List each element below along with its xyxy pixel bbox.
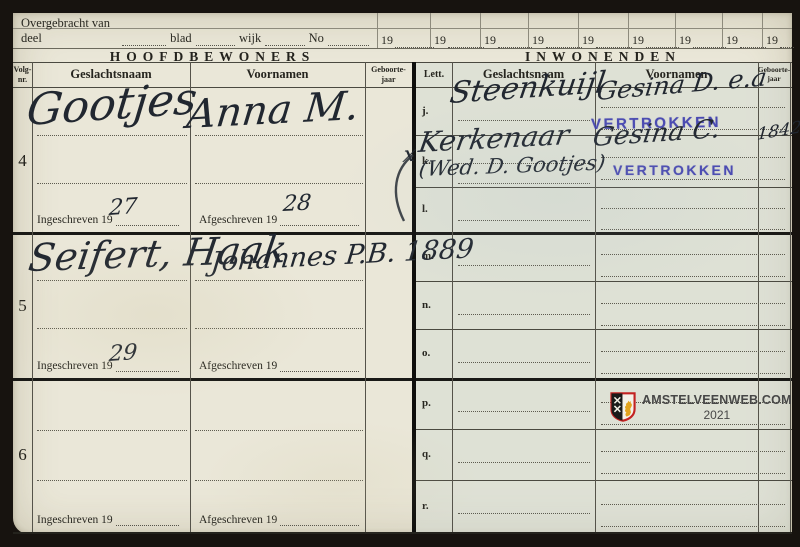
- vertrokken-stamp: VERTROKKEN: [613, 162, 736, 178]
- writing-line: [37, 480, 187, 481]
- watermark: AMSTELVEENWEB.COM 2021: [610, 392, 792, 422]
- writing-line: [37, 328, 187, 329]
- watermark-year: 2021: [704, 408, 731, 422]
- deregistered-label: Afgeschreven 19: [199, 356, 359, 372]
- blank-field: [122, 36, 167, 46]
- registered-label: Ingeschreven 19: [37, 510, 179, 526]
- writing-line: [458, 411, 590, 412]
- deregistered-year-ink: 28: [282, 193, 312, 216]
- writing-line: [601, 451, 785, 452]
- letter-cell: o.: [422, 347, 430, 359]
- surname-ink: Gootjes: [25, 77, 199, 133]
- writing-line: [601, 303, 785, 304]
- transfer-label: wijk: [239, 31, 261, 46]
- deregistered-label: Afgeschreven 19: [199, 210, 359, 226]
- amstelveen-crest-icon: [610, 392, 636, 422]
- grid-line-heavy: [13, 378, 792, 381]
- writing-line: [601, 107, 785, 108]
- writing-line: [601, 157, 785, 158]
- row-number: 4: [13, 151, 32, 171]
- letter-cell: j.: [422, 105, 428, 117]
- grid-line: [13, 532, 792, 534]
- column-header-volgnr: Volg-nr.: [13, 62, 32, 87]
- grid-line: [416, 187, 792, 188]
- writing-line: [601, 229, 785, 230]
- writing-line: [458, 183, 590, 184]
- writing-line: [458, 462, 590, 463]
- letter-cell: p.: [422, 397, 431, 409]
- letter-cell: r.: [422, 500, 429, 512]
- writing-line: [601, 179, 785, 180]
- writing-line: [195, 328, 363, 329]
- registered-year-ink: 29: [108, 342, 138, 366]
- letter-cell: q.: [422, 448, 431, 460]
- writing-line: [601, 526, 785, 527]
- row-number: 6: [13, 445, 32, 465]
- birthyear-ink: 1842: [756, 120, 800, 144]
- grid-line: [416, 329, 792, 330]
- blank-field: [328, 36, 369, 46]
- row-number: 5: [13, 296, 32, 316]
- writing-line: [195, 183, 363, 184]
- writing-line: [458, 220, 590, 221]
- blank-field: [265, 36, 304, 46]
- deregistered-label: Afgeschreven 19: [199, 510, 359, 526]
- registered-year-ink: 27: [108, 196, 138, 220]
- section-divider-bar: [412, 62, 416, 532]
- transfer-row: Overgebracht van deel blad wijk No: [21, 31, 373, 46]
- writing-line: [458, 362, 590, 363]
- transfer-label: blad: [170, 31, 192, 46]
- writing-line: [37, 135, 187, 136]
- writing-line: [195, 430, 363, 431]
- writing-line: [458, 513, 590, 514]
- writing-line: [601, 424, 785, 425]
- writing-line: [601, 254, 785, 255]
- firstnames-ink: Anna M.: [185, 86, 361, 135]
- writing-line: [195, 480, 363, 481]
- writing-line: [601, 208, 785, 209]
- writing-line: [601, 473, 785, 474]
- writing-line: [195, 280, 363, 281]
- grid-line: [416, 429, 792, 430]
- transfer-label: Overgebracht van deel: [21, 16, 118, 46]
- writing-line: [601, 504, 785, 505]
- transfer-label: No: [309, 31, 324, 46]
- ink-bracket-mark: [387, 151, 417, 225]
- writing-line: [37, 280, 187, 281]
- letter-cell: n.: [422, 299, 431, 311]
- grid-line: [365, 62, 366, 532]
- writing-line: [458, 314, 590, 315]
- column-header-birthyear: Geboorte-jaar: [365, 62, 412, 87]
- writing-line: [601, 373, 785, 374]
- writing-line: [601, 325, 785, 326]
- letter-cell: l.: [422, 203, 428, 215]
- column-header-lett: Lett.: [416, 62, 452, 87]
- writing-line: [37, 183, 187, 184]
- grid-line: [416, 480, 792, 481]
- grid-line: [416, 281, 792, 282]
- writing-line: [37, 430, 187, 431]
- writing-line: [601, 351, 785, 352]
- card-paper: Overgebracht van deel blad wijk No 19 19…: [13, 13, 792, 534]
- blank-field: [196, 36, 235, 46]
- writing-line: [601, 276, 785, 277]
- scanned-register-card: Overgebracht van deel blad wijk No 19 19…: [0, 0, 800, 547]
- writing-line: [458, 265, 590, 266]
- watermark-site: AMSTELVEENWEB.COM: [642, 393, 792, 407]
